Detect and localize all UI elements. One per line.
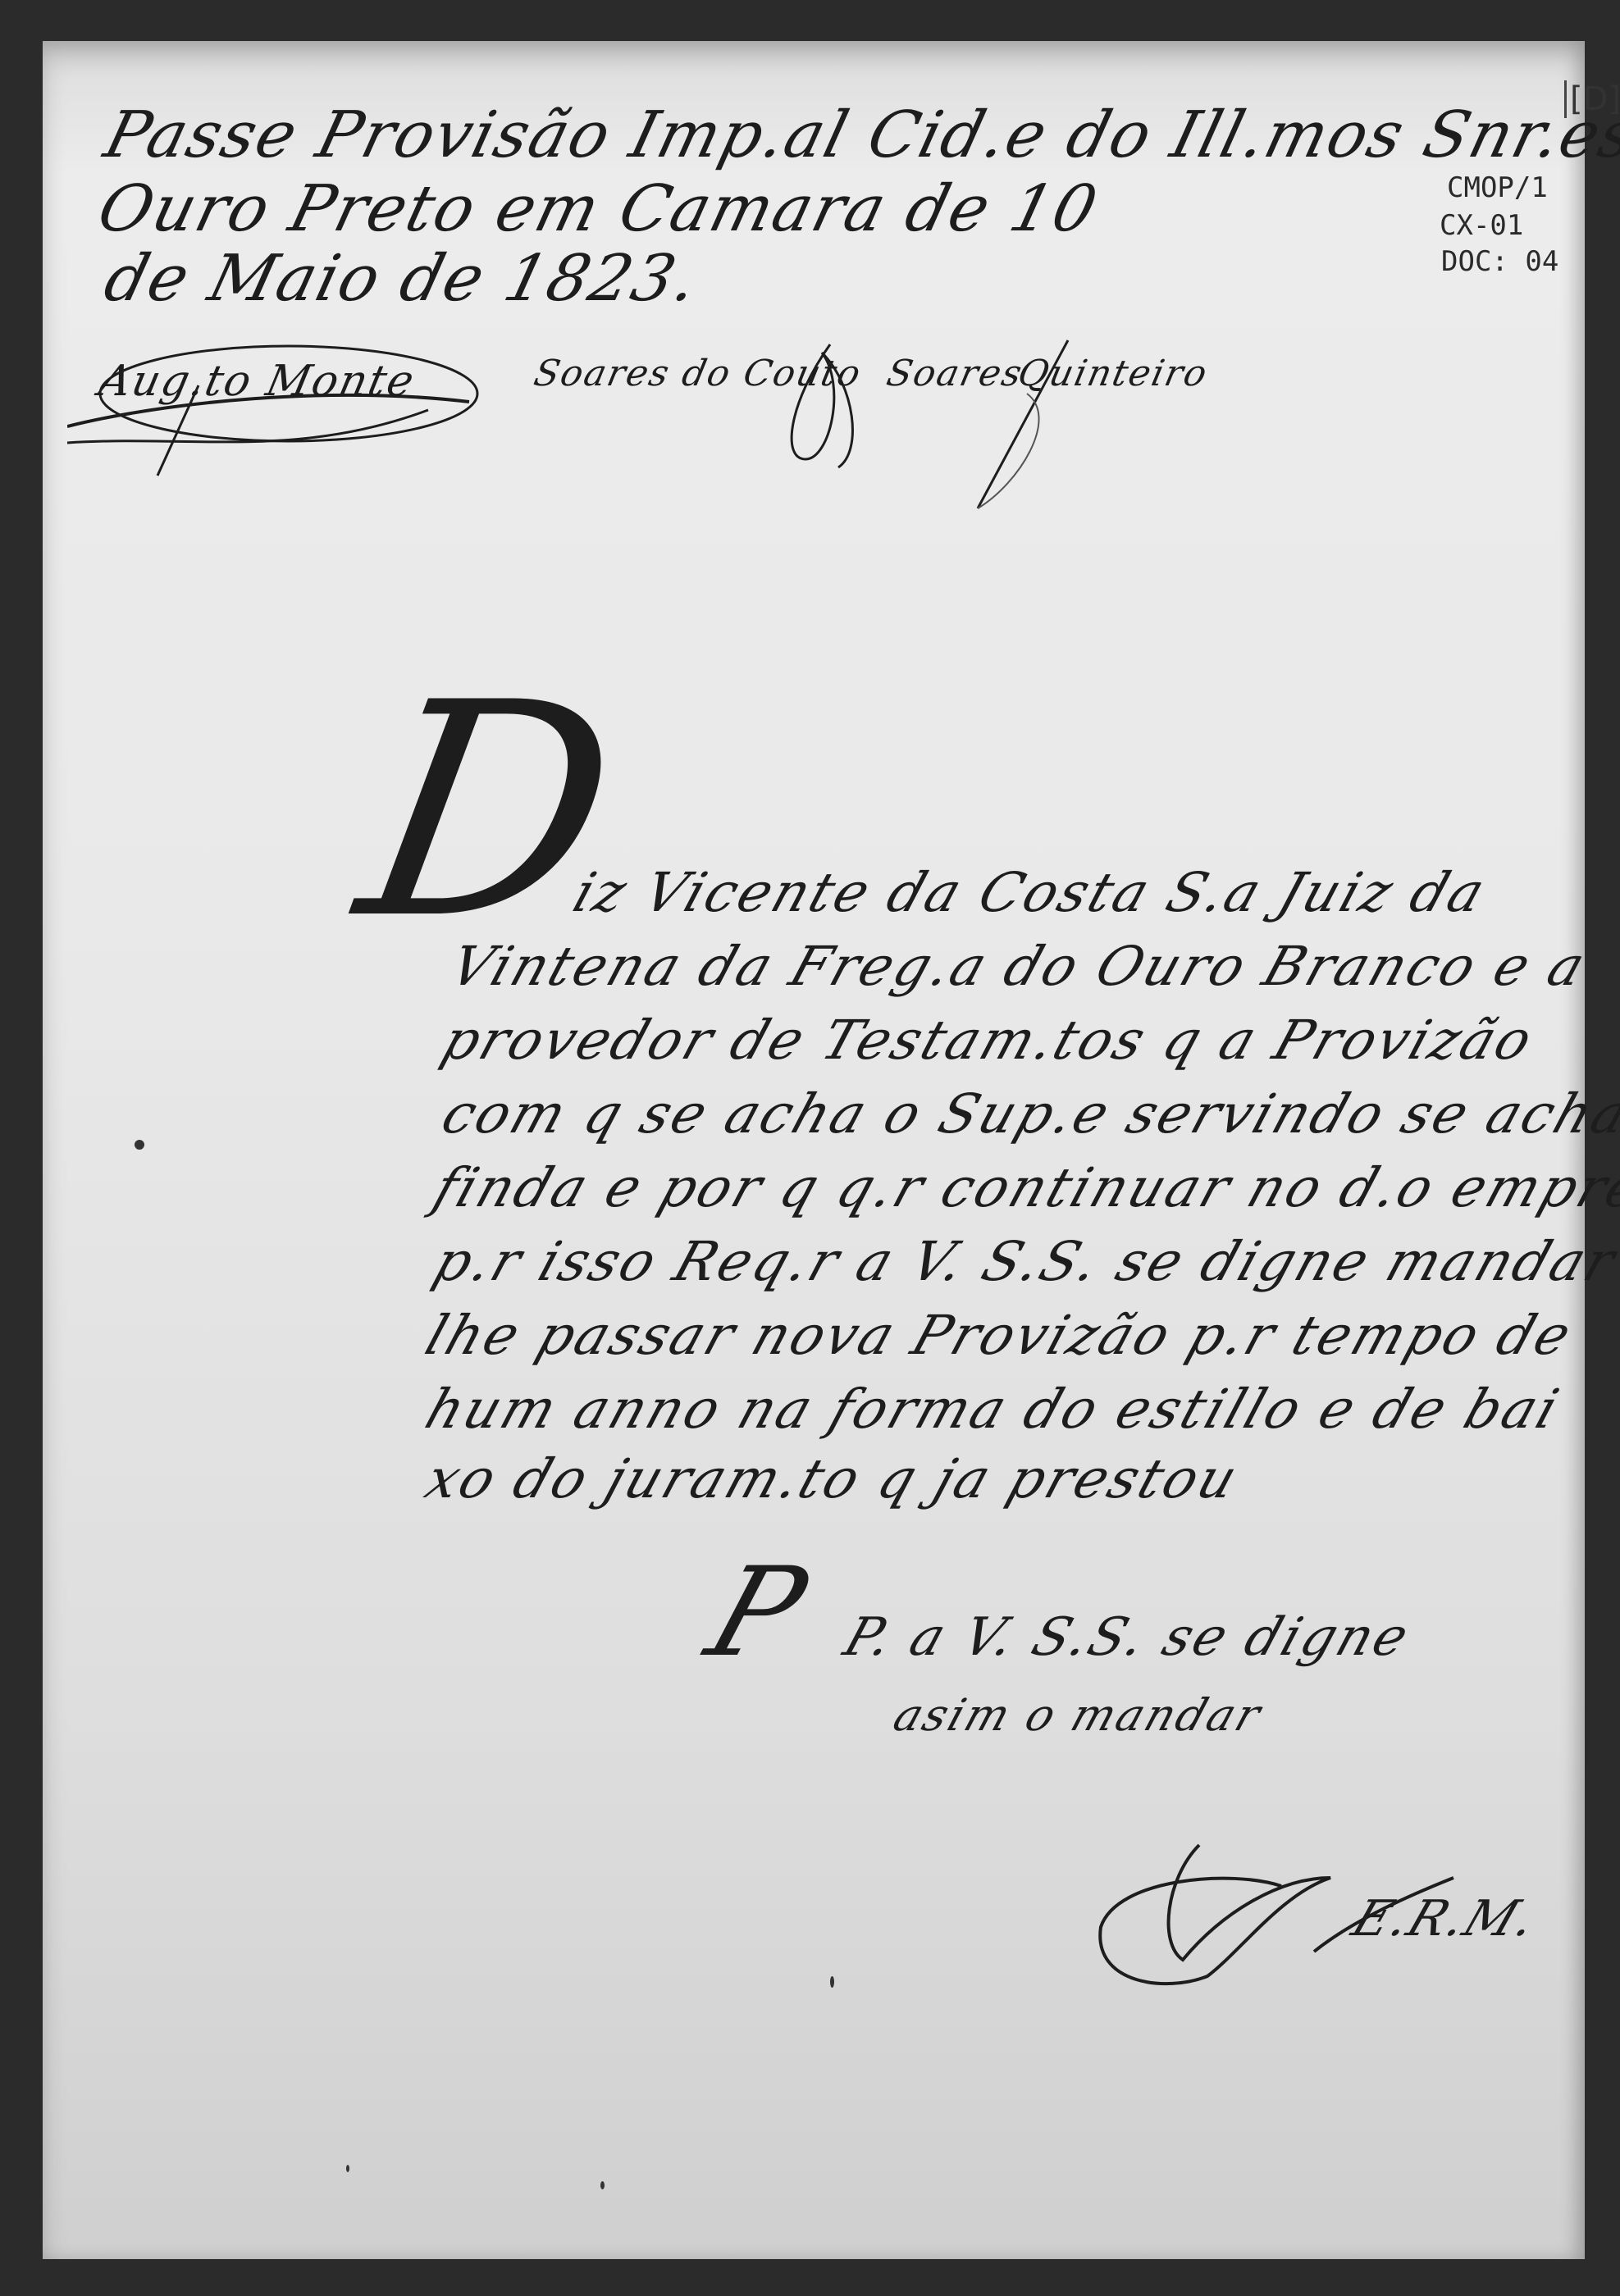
header-dispatch-line-3: de Maio de 1823. — [98, 242, 707, 316]
petition-line-4: com q se acha o Sup.e servindo se acha — [434, 1082, 1620, 1146]
closing-initials: E.R.M. — [1344, 1890, 1545, 1947]
petition-line-5: finda e por q q.r continuar no d.o empre… — [426, 1156, 1620, 1219]
signature-monte: Aug.to Monte — [95, 357, 420, 406]
closing-formula-line-1: P. a V. S.S. se digne — [837, 1607, 1418, 1668]
petition-line-2: Vintena da Freg.a do Ouro Branco e a — [442, 935, 1595, 998]
archive-ref-box: CX-01 — [1440, 212, 1523, 239]
closing-formula-initial: P — [692, 1542, 823, 1684]
petition-line-3: provedor de Testam.tos q a Provizão — [434, 1009, 1542, 1072]
petition-line-6: p.r isso Req.r a V. S.S. se digne mandar — [426, 1230, 1620, 1293]
archive-ref-collection: CMOP/1 — [1447, 174, 1548, 202]
paper-speck — [830, 1976, 834, 1988]
archive-ref-doc: DOC: 04 — [1441, 248, 1558, 276]
petition-line-1: iz Vicente da Costa S.a Juiz da — [565, 861, 1495, 924]
paper-speck — [135, 1140, 144, 1150]
closing-formula-line-2: asim o mandar — [888, 1689, 1269, 1741]
header-dispatch-line-1: Passe Provisão Imp.al Cid.e do Ill.mos S… — [98, 98, 1620, 172]
petition-line-8: hum anno na forma do estillo e de bai — [418, 1378, 1568, 1441]
signature-paraph — [773, 336, 896, 476]
paper-speck — [600, 2181, 605, 2189]
petition-line-7: lhe passar nova Provizão p.r tempo de — [418, 1304, 1581, 1367]
header-dispatch-line-2: Ouro Preto em Camara de 10 — [91, 172, 1106, 246]
paper-speck — [346, 2165, 349, 2172]
petition-line-9: xo do juram.to q ja prestou — [418, 1447, 1247, 1510]
signature-quinteiro-flourish — [945, 336, 1109, 517]
manuscript-page: [D] CMOP/1 CX-01 DOC: 04 Passe Provisão … — [43, 41, 1585, 2259]
